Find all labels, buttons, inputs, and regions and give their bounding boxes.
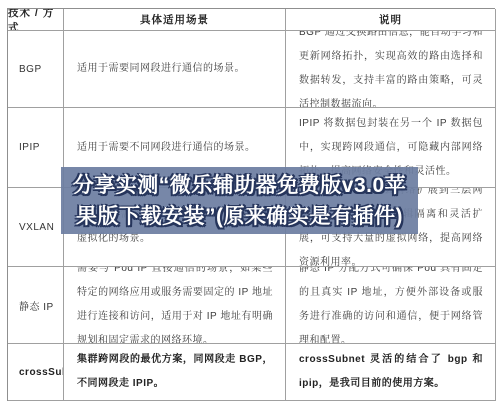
table-row-ipip-tech: IPIP [8, 108, 64, 188]
cell-text: 集群跨网段的最优方案，同网段走 BGP，不同网段走 IPIP。 [77, 348, 273, 396]
cell-text: BGP 通过交换路由信息，能自动学习和更新网络拓扑，实现高效的路由选择和数据转发… [299, 31, 483, 108]
table-row-static-ip-tech: 静态 IP [8, 267, 64, 344]
ad-overlay-line2: 果版下载安装”(原来确实是有插件) [76, 201, 403, 232]
table-row-static-ip-scenario: 需要与 Pod IP 直接通信的场景，如某些特定的网络应用或服务需要固定的 IP… [64, 267, 286, 344]
table-row-bgp-scenario: 适用于需要同网段进行通信的场景。 [64, 31, 286, 108]
column-header-description: 说明 [286, 9, 496, 31]
cell-text: 适用于需要同网段进行通信的场景。 [77, 57, 245, 81]
cell-text: 需要与 Pod IP 直接通信的场景，如某些特定的网络应用或服务需要固定的 IP… [77, 267, 273, 344]
table-row-crosssubnet-scenario: 集群跨网段的最优方案，同网段走 BGP，不同网段走 IPIP。 [64, 344, 286, 401]
column-header-tech: 技术 / 方式 [8, 9, 64, 31]
column-header-scenario: 具体适用场景 [64, 9, 286, 31]
cell-text: 静态 IP 分配方式可确保 Pod 具有固定的且真实 IP 地址，方便外部设备或… [299, 267, 483, 344]
cell-text: 适用于需要不同网段进行通信的场景。 [77, 136, 256, 160]
table-row-bgp-description: BGP 通过交换路由信息，能自动学习和更新网络拓扑，实现高效的路由选择和数据转发… [286, 31, 496, 108]
table-row-bgp-tech: BGP [8, 31, 64, 108]
page: 技术 / 方式 具体适用场景 说明 BGP 适用于需要同网段进行通信的场景。 B… [0, 0, 500, 404]
table-row-crosssubnet-tech: crossSubnet [8, 344, 64, 401]
ad-overlay-line1: 分享实测“微乐辅助器免费版v3.0苹 [73, 170, 406, 201]
table-row-vxlan-tech: VXLAN [8, 188, 64, 267]
table-row-static-ip-description: 静态 IP 分配方式可确保 Pod 具有固定的且真实 IP 地址，方便外部设备或… [286, 267, 496, 344]
ad-overlay-banner[interactable]: 分享实测“微乐辅助器免费版v3.0苹 果版下载安装”(原来确实是有插件) [61, 167, 418, 234]
cell-text: crossSubnet 灵活的结合了 bgp 和 ipip，是我司目前的使用方案… [299, 348, 483, 396]
table-row-crosssubnet-description: crossSubnet 灵活的结合了 bgp 和 ipip，是我司目前的使用方案… [286, 344, 496, 401]
